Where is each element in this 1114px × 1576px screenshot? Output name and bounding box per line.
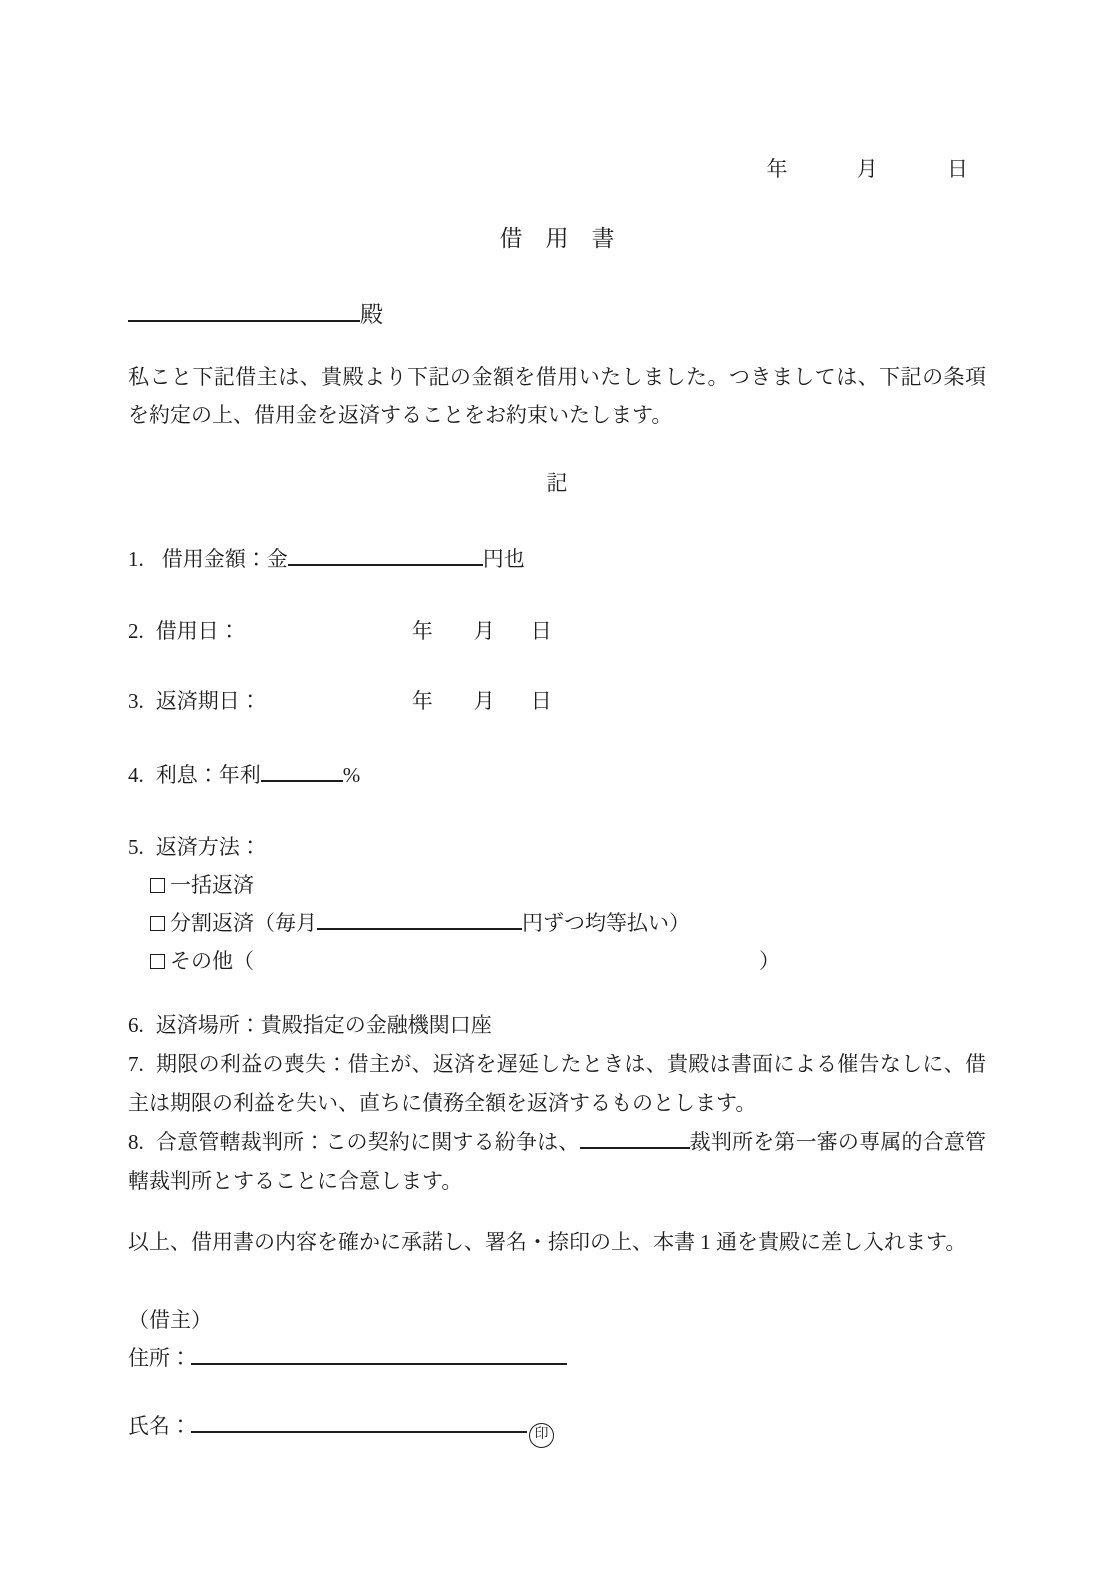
item-number: 8. (128, 1130, 144, 1154)
installment-amount-blank-field[interactable] (317, 924, 522, 930)
item-suffix: 円也 (483, 547, 525, 571)
item-suffix: % (343, 763, 361, 787)
due-date-year-label: 年 (412, 686, 433, 716)
date-day-label: 日 (947, 156, 968, 182)
seal-icon: 印 (529, 1423, 554, 1448)
item-label: 利息：年利 (156, 763, 261, 787)
item-label: 借用日： (156, 619, 240, 643)
option-label: その他（ (170, 949, 254, 973)
address-blank-field[interactable] (191, 1359, 567, 1365)
clause-acceleration: 7.期限の利益の喪失：借主が、返済を遅延したときは、貴殿は書面による催告なしに、… (128, 1045, 986, 1123)
date-month-label: 月 (857, 156, 878, 182)
name-blank-field[interactable] (191, 1427, 527, 1433)
closing-sentence: 以上、借用書の内容を確かに承諾し、署名・捺印の上、本書 1 通を貴殿に差し入れま… (128, 1223, 986, 1261)
clause-text: 合意管轄裁判所：この契約に関する紛争は、 (156, 1130, 580, 1154)
clause-text: 期限の利益の喪失：借主が、返済を遅延したときは、貴殿は書面による催告なしに、借主… (128, 1052, 986, 1115)
clauses-block: 6.返済場所：貴殿指定の金融機関口座 7.期限の利益の喪失：借主が、返済を遅延し… (128, 1006, 986, 1201)
address-line: 住所： (128, 1339, 986, 1377)
item-loan-date: 2.借用日：年月日 (128, 616, 986, 646)
document-title: 借 用 書 (128, 224, 986, 254)
item-number: 3. (128, 689, 144, 713)
clause-text: 返済場所：貴殿指定の金融機関口座 (156, 1013, 492, 1037)
item-label: 借用金額：金 (162, 547, 288, 571)
loan-amount-blank-field[interactable] (288, 560, 483, 566)
addressee-blank-field[interactable] (128, 316, 360, 322)
clause-jurisdiction: 8.合意管轄裁判所：この契約に関する紛争は、裁判所を第一審の専属的合意管轄裁判所… (128, 1123, 986, 1201)
item-label: 返済方法： (156, 835, 261, 859)
court-name-blank-field[interactable] (580, 1143, 690, 1149)
date-line: 年 月 日 (128, 156, 986, 182)
loan-date-month-label: 月 (474, 616, 495, 646)
option-lump-sum: 一括返済 (150, 866, 986, 904)
address-label: 住所： (128, 1346, 191, 1370)
lump-sum-checkbox-icon[interactable] (150, 878, 165, 893)
option-label: 分割返済（毎月 (170, 911, 317, 935)
option-installments: 分割返済（毎月円ずつ均等払い） (150, 904, 986, 942)
item-number: 4. (128, 763, 144, 787)
iou-document-page: 年 月 日 借 用 書 殿 私こと下記借主は、貴殿より下記の金額を借用いたしまし… (0, 0, 1114, 1576)
option-label: 一括返済 (170, 873, 254, 897)
item-number: 2. (128, 619, 144, 643)
intro-paragraph: 私こと下記借主は、貴殿より下記の金額を借用いたしました。つきましては、下記の条項… (128, 358, 986, 434)
item-number: 7. (128, 1052, 144, 1076)
borrower-party-label: （借主） (128, 1301, 986, 1339)
addressee-honorific: 殿 (360, 302, 383, 327)
clause-repayment-place: 6.返済場所：貴殿指定の金融機関口座 (128, 1006, 986, 1045)
option-label-suffix: ） (759, 949, 780, 973)
installments-checkbox-icon[interactable] (150, 916, 165, 931)
option-other: その他（） (150, 942, 986, 980)
item-loan-amount: 1.借用金額：金円也 (128, 544, 986, 574)
name-label: 氏名： (128, 1414, 191, 1438)
repayment-options: 一括返済 分割返済（毎月円ずつ均等払い） その他（） (128, 866, 986, 980)
section-marker: 記 (128, 468, 986, 498)
due-date-day-label: 日 (531, 686, 552, 716)
item-number: 6. (128, 1013, 144, 1037)
interest-rate-blank-field[interactable] (261, 776, 343, 782)
option-label-suffix: 円ずつ均等払い） (522, 911, 690, 935)
name-line: 氏名：印 (128, 1407, 986, 1448)
seal-character: 印 (535, 1416, 549, 1454)
item-interest: 4.利息：年利% (128, 760, 986, 790)
item-number: 1. (128, 547, 144, 571)
date-year-label: 年 (767, 156, 788, 182)
item-label: 返済期日： (156, 689, 261, 713)
item-due-date: 3.返済期日：年月日 (128, 686, 986, 716)
other-checkbox-icon[interactable] (150, 954, 165, 969)
loan-date-year-label: 年 (412, 616, 433, 646)
addressee-line: 殿 (128, 300, 986, 330)
loan-date-day-label: 日 (531, 616, 552, 646)
item-number: 5. (128, 835, 144, 859)
item-repayment-method: 5.返済方法： (128, 832, 986, 862)
due-date-month-label: 月 (474, 686, 495, 716)
